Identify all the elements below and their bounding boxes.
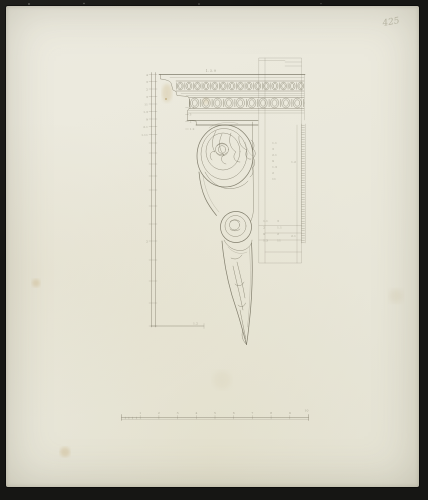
panel-measure: 2 [272, 171, 274, 175]
cornice-measure: 2 [190, 120, 192, 124]
cornice-section: 1.3.9 1.1 3 2 [159, 69, 305, 131]
panel-measure: 2.1 [272, 153, 277, 157]
scale-tick-label: 10 [305, 409, 309, 413]
scale-tick-label: 5 [214, 411, 216, 415]
photo-background: 425 1.3.9 1.1 [0, 0, 428, 500]
plate-inscription: 425 [381, 16, 401, 29]
left-ruler: 4 3 2 3 11 1.3 9 2.1 1.11 2 1.2 [141, 73, 204, 329]
ruler-label: 1.3 [143, 110, 148, 114]
console-bracket [197, 122, 255, 345]
panel-measure: 11 [277, 239, 281, 243]
panel-measure: 2 [263, 226, 265, 230]
egg-dart-upper-band [176, 81, 304, 91]
ruler-label: 3 [146, 80, 148, 84]
scale-tick-label: 4 [195, 411, 197, 415]
ruler-label: 1.11 [141, 133, 148, 137]
cornice-measure: 1.1 [190, 106, 195, 110]
ruler-label: 2.1 [143, 125, 148, 129]
scale-tick-label: 8 [270, 411, 272, 415]
panel-measure: 9 [272, 159, 274, 163]
ruler-label: 2 [146, 240, 148, 244]
dust-specks [28, 3, 322, 5]
console-volute-small [221, 212, 253, 254]
scale-tick-label: 9 [289, 411, 291, 415]
ruler-label: 2 [146, 88, 148, 92]
scale-tick-label: 3 [177, 411, 179, 415]
panel-measure: 1.1 [263, 219, 268, 223]
scale-tick-label: 6 [233, 411, 235, 415]
panel-measure: 3 [272, 147, 274, 151]
panel-measure: 1.3 [263, 239, 268, 243]
egg-dart-lower-band [189, 98, 305, 109]
console-volute-large [197, 122, 255, 188]
console-tail [222, 241, 252, 345]
scale-tick-label: 2 [158, 411, 160, 415]
ruler-label: 4 [146, 73, 148, 77]
scale-tick-label: 1 [139, 411, 141, 415]
cornice-measure: 1.2 [190, 127, 195, 131]
engraving-drawing: 425 1.3.9 1.1 [0, 0, 428, 500]
cornice-measure: 3 [190, 113, 192, 117]
panel-measure: 1.3 [272, 165, 277, 169]
panel-measure: 1.1 [272, 141, 277, 145]
panel-measure: 1.1 [277, 226, 282, 230]
panel-measure: 3 [277, 219, 279, 223]
ruler-label: 11 [144, 103, 148, 107]
baseline-dimension: 1.2 [193, 322, 198, 326]
panel-measure: 1.2 [291, 160, 296, 164]
foxing-stains [32, 84, 403, 457]
ruler-label: 3 [146, 95, 148, 99]
panel-measure: 2 [277, 232, 279, 236]
panel-measure: 2.1 [291, 234, 296, 238]
panel-measure: 11 [272, 177, 276, 181]
cornice-top-dimension: 1.3.9 [206, 69, 217, 73]
panel-measure: 9 [263, 232, 265, 236]
ruler-label: 9 [146, 118, 148, 122]
scale-tick-label: 7 [251, 411, 253, 415]
tick-ruler [302, 124, 306, 243]
scale-bar: 1 2 3 4 5 6 7 8 9 10 [122, 409, 309, 421]
